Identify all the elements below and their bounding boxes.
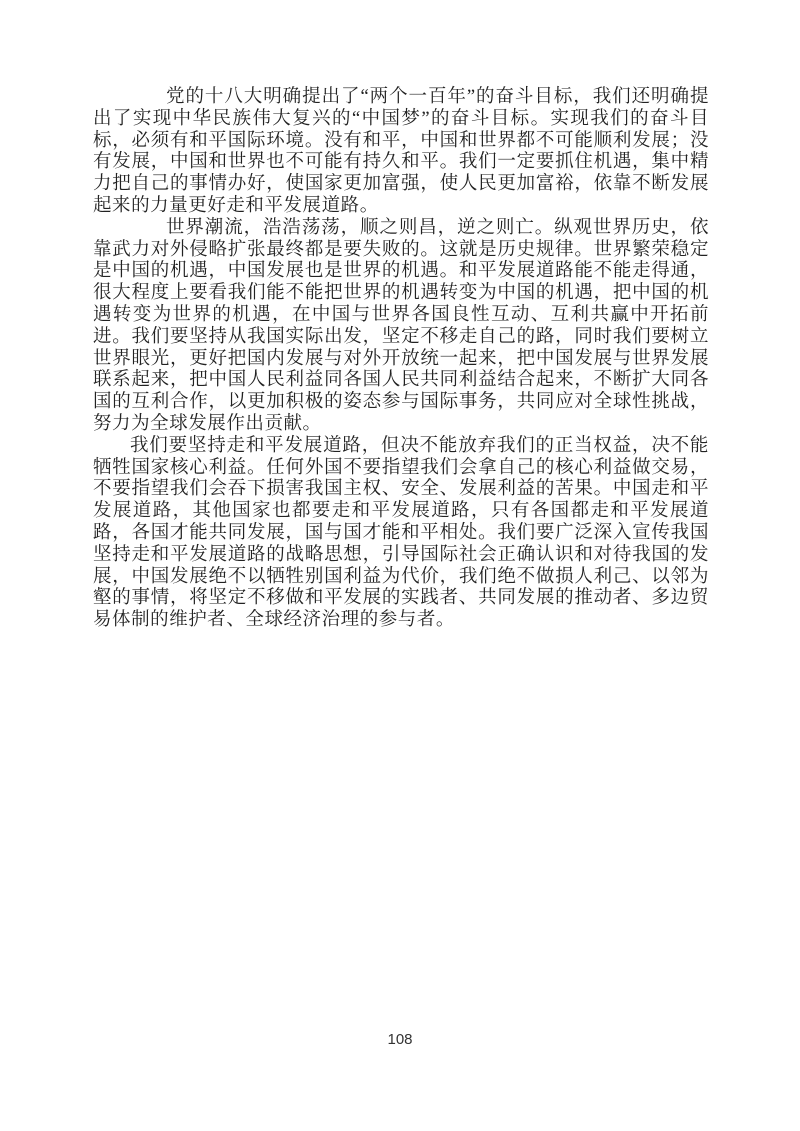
document-page: 党的十八大明确提出了“两个一百年”的奋斗目标，我们还明确提出了实现中华民族伟大复…	[0, 0, 800, 1131]
paragraph-core-interests: 我们要坚持走和平发展道路，但决不能放弃我们的正当权益，决不能牺牲国家核心利益。任…	[93, 436, 709, 632]
page-number: 108	[0, 1031, 800, 1048]
body-text: 党的十八大明确提出了“两个一百年”的奋斗目标，我们还明确提出了实现中华民族伟大复…	[93, 87, 709, 632]
paragraph-two-centenary-goals: 党的十八大明确提出了“两个一百年”的奋斗目标，我们还明确提出了实现中华民族伟大复…	[93, 87, 709, 218]
paragraph-world-trend: 世界潮流，浩浩荡荡，顺之则昌，逆之则亡。纵观世界历史，依靠武力对外侵略扩张最终都…	[93, 218, 709, 436]
